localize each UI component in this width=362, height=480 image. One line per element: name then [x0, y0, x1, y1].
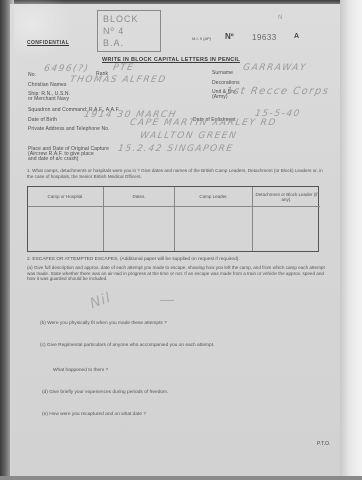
- section1-question: 1. What camps, detachments or hospitals …: [27, 168, 327, 179]
- stamp-line-1: BLOCK: [103, 13, 155, 25]
- christian-names-value: THOMAS ALFRED: [69, 75, 167, 85]
- col-header-block-leader: Detachment or Block Leader (if any).: [253, 187, 320, 207]
- form-number-label: Nº: [225, 32, 234, 41]
- date-of-birth-label: Date of Birth: [28, 117, 57, 123]
- answer-dash-mark: [160, 300, 174, 301]
- form-number-suffix: A: [294, 33, 299, 40]
- camps-table: Camp or Hospital. Dates. Camp Leader. De…: [27, 186, 319, 252]
- table-cell-dates[interactable]: [104, 207, 175, 251]
- christian-names-label: Christian Names: [28, 82, 66, 88]
- please-turn-over: P.T.O.: [317, 441, 330, 447]
- address-label: Private Address and Telephone No.: [28, 126, 110, 132]
- col-header-camp: Camp or Hospital.: [28, 187, 104, 207]
- classification-label: CONFIDENTIAL: [27, 40, 69, 46]
- scan-bottom-edge: [0, 476, 362, 480]
- capture-label-line3: and date of a/c crash): [28, 156, 79, 162]
- stamp-line-3: B.A.: [103, 37, 155, 49]
- block-stamp: BLOCK Nº 4 B.A.: [97, 10, 161, 52]
- ship-label-line2: or Merchant Navy: [28, 96, 69, 102]
- surname-value: GARRAWAY: [242, 63, 308, 73]
- address-line-1: CAPE MARTIN XARLEY RD: [129, 118, 277, 128]
- table-cell-camp[interactable]: [28, 207, 104, 251]
- corner-mark: N: [278, 15, 282, 21]
- paper-fold-highlight: [14, 0, 74, 60]
- surname-label: Surname: [212, 70, 233, 76]
- section2-question-c-followup: What happened to them ?: [53, 368, 108, 373]
- form-reference: M.I. 9 (AP): [192, 36, 211, 41]
- section2-question-d: (d) Give briefly your experiences during…: [42, 390, 168, 395]
- section2-question-c: (c) Give Regimental particulars of anyon…: [40, 343, 214, 348]
- form-number: 19633: [252, 33, 277, 42]
- no-value: 6496(?): [43, 64, 90, 74]
- section2-heading: 2. ESCAPES OR ATTEMPTED ESCAPES. (Additi…: [27, 257, 240, 262]
- address-line-2: WALLTON GREEN: [139, 131, 238, 141]
- capture-value: 15.2.42 SINGAPORE: [117, 144, 234, 154]
- col-header-dates: Dates.: [104, 187, 175, 207]
- section2-question-b: (b) Were you physically fit when you mad…: [40, 321, 167, 326]
- col-header-camp-leader: Camp Leader.: [175, 187, 253, 207]
- scan-right-edge: [340, 0, 362, 480]
- rank-value: PTE: [112, 63, 135, 73]
- unit-value: 1st Recce Corps: [225, 86, 330, 97]
- section2-question-e: (e) How were you recaptured and on what …: [42, 412, 146, 417]
- stamp-line-2: Nº 4: [103, 25, 155, 37]
- no-label: No.: [28, 72, 36, 78]
- table-cell-block-leader[interactable]: [253, 207, 320, 251]
- table-cell-camp-leader[interactable]: [175, 207, 253, 251]
- section2-question-a: (a) Give full description and approx. da…: [27, 265, 327, 282]
